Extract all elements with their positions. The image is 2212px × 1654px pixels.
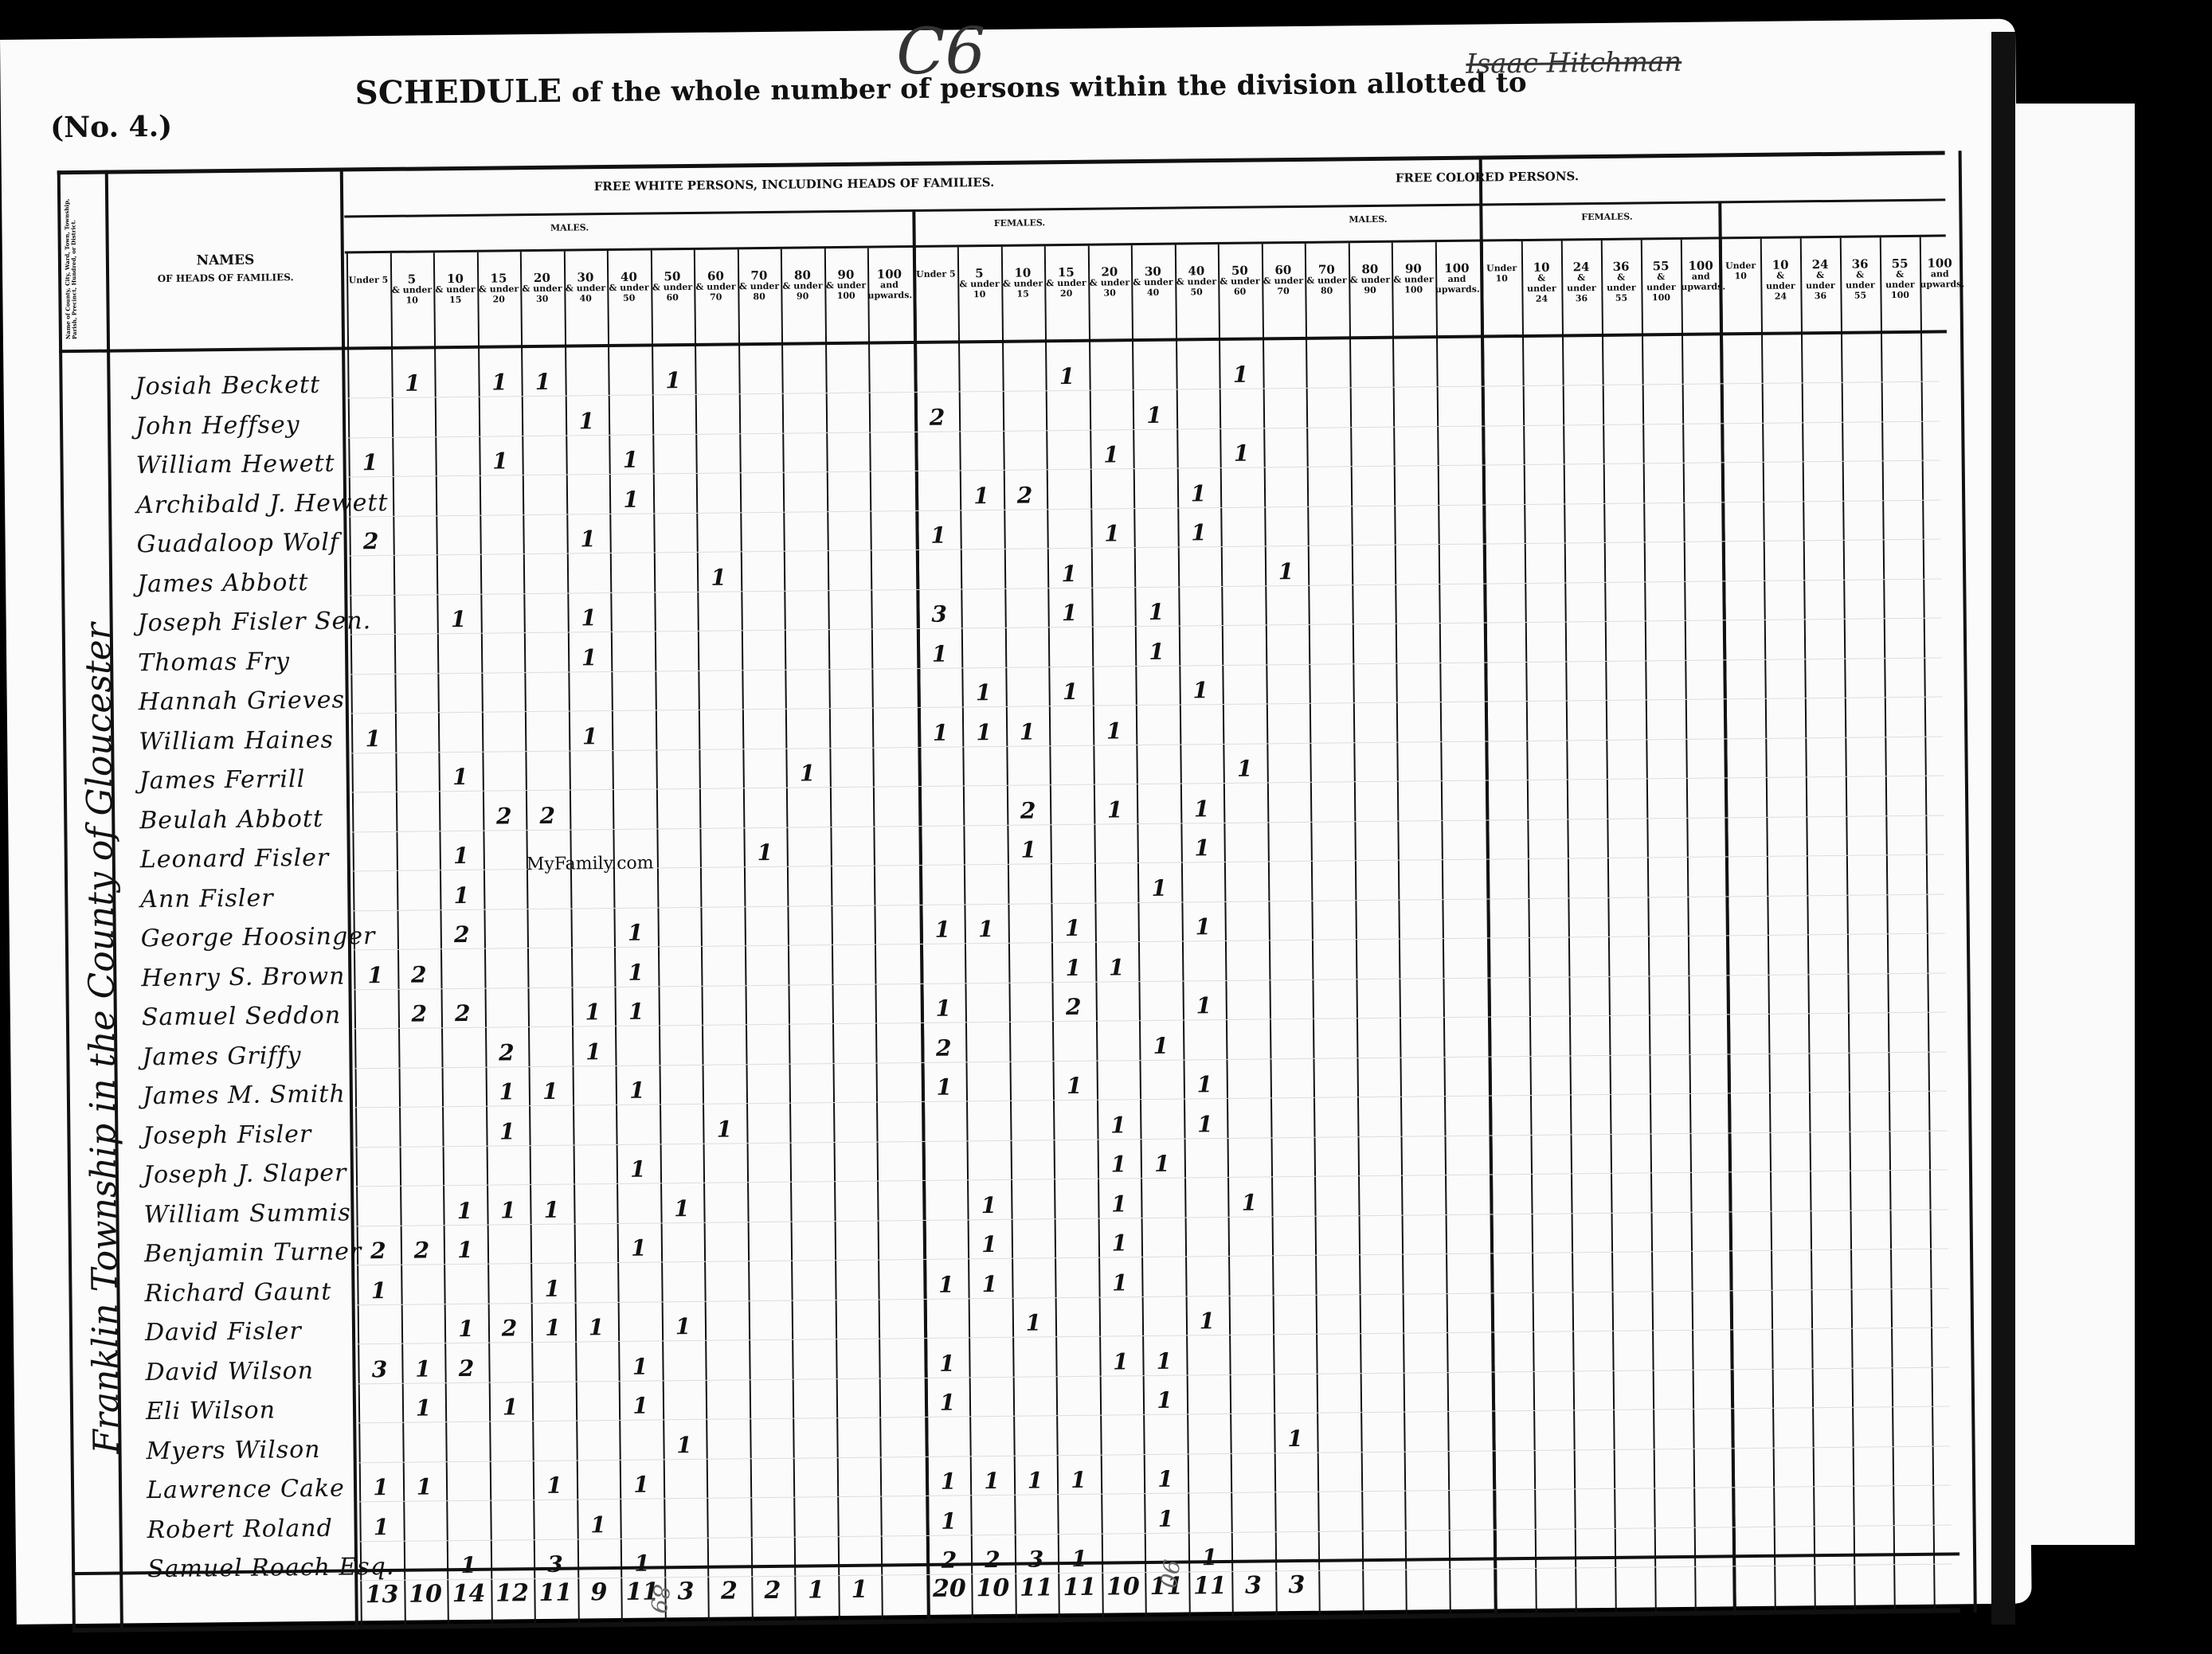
female-count: 1	[1264, 557, 1307, 585]
row-guideline	[355, 1209, 1948, 1226]
female-count: 1	[1223, 755, 1266, 782]
male-count: 1	[530, 1275, 574, 1302]
female-count: 1	[1144, 1465, 1187, 1492]
head-of-family-name: William Summis	[143, 1198, 351, 1229]
names-subheader: OF HEADS OF FAMILIES.	[110, 272, 341, 285]
male-count: 2	[444, 1355, 487, 1382]
male-count: 1	[486, 1118, 529, 1145]
age-from: 60	[694, 271, 738, 282]
female-total: 10	[1102, 1573, 1145, 1601]
age-column-header: 90& under 100	[824, 270, 868, 302]
female-count: 1	[917, 522, 960, 549]
age-from: 50	[651, 272, 695, 283]
head-of-family-name: Joseph J. Slaper	[143, 1159, 347, 1190]
age-range: & under 36	[1567, 272, 1596, 303]
age-range: & under 70	[695, 281, 735, 302]
age-range: & under 100	[826, 280, 866, 301]
age-column-header: 40& under 50	[607, 272, 651, 303]
female-total: 11	[1188, 1572, 1231, 1601]
female-total: 3	[1275, 1571, 1318, 1600]
age-column-header: 70& under 80	[1305, 264, 1349, 296]
male-count: 1	[609, 446, 652, 473]
female-count: 1	[1095, 954, 1138, 981]
row-guideline	[358, 1445, 1951, 1463]
female-count: 1	[1092, 718, 1135, 745]
female-count: 1	[1181, 913, 1224, 940]
colored-age-column-header: 100and upwards.	[1920, 258, 1959, 290]
female-count: 1	[1180, 835, 1223, 862]
free-colored-header: FREE COLORED PERSONS.	[1248, 167, 1726, 186]
head-of-family-name: Lawrence Cake	[147, 1475, 345, 1505]
age-header-rule	[345, 234, 1946, 253]
age-from: 10	[433, 274, 477, 285]
female-count: 1	[1274, 1425, 1317, 1452]
title-prefix: SCHEDULE	[354, 72, 562, 112]
age-range: & under 80	[1306, 275, 1346, 295]
male-total: 13	[360, 1581, 403, 1609]
male-count: 1	[609, 486, 652, 513]
age-range: & under 55	[1846, 270, 1875, 301]
male-count: 1	[401, 1355, 444, 1382]
female-count: 1	[1090, 520, 1133, 547]
age-range: & under 60	[652, 282, 692, 303]
binding-gutter	[1991, 32, 2015, 1625]
age-column-header: 30& under 40	[1131, 267, 1175, 299]
female-count: 1	[1179, 677, 1222, 704]
male-count: 1	[401, 1394, 444, 1421]
head-of-family-name: Archibald J. Hewett	[136, 488, 389, 518]
row-guideline	[354, 1090, 1947, 1108]
head-of-family-name: Joseph Fisler Sen.	[137, 607, 371, 637]
male-count: 1	[354, 961, 397, 988]
head-of-family-name: Hannah Grieves	[139, 686, 346, 717]
female-count: 1	[1143, 1387, 1186, 1414]
age-range: & under 100	[1393, 274, 1433, 295]
age-from: 24	[1800, 260, 1840, 271]
title-rest: of the whole number of persons within th…	[571, 67, 1527, 109]
colored-age-column-header: Under 10	[1482, 263, 1521, 284]
male-count: 1	[533, 1472, 576, 1500]
row-guideline	[356, 1288, 1949, 1305]
female-count: 1	[970, 1468, 1013, 1495]
age-from: 100	[867, 269, 911, 280]
adjacent-page	[2015, 104, 2135, 1545]
age-from: 100	[1920, 258, 1959, 269]
female-count: 1	[967, 1191, 1010, 1218]
female-count: 1	[1098, 1230, 1141, 1257]
age-range: & under 10	[392, 284, 432, 305]
age-from: 30	[564, 272, 608, 283]
male-count: 3	[358, 1355, 401, 1382]
age-from: 70	[1305, 264, 1349, 276]
head-of-family-name: Samuel Roach Esq.	[147, 1553, 395, 1583]
age-from: 90	[824, 270, 868, 281]
female-count: 2	[1003, 482, 1046, 509]
age-from: 70	[738, 271, 781, 282]
age-column-header: 80& under 90	[1349, 264, 1392, 296]
male-count: 2	[440, 921, 484, 948]
age-column-header: Under 5	[346, 275, 390, 286]
female-count: 1	[1012, 1309, 1055, 1336]
age-from: 10	[1001, 268, 1045, 279]
female-count: 1	[1007, 836, 1050, 863]
age-from: 24	[1561, 262, 1601, 273]
names-header: NAMES	[110, 252, 341, 270]
colored-females-header: FEMALES.	[1487, 210, 1726, 223]
age-range: & under 30	[1090, 277, 1129, 298]
age-range: and upwards.	[1435, 274, 1480, 295]
age-column-header: Under 5	[914, 268, 958, 280]
male-count: 1	[743, 839, 786, 866]
head-of-family-name: James Abbott	[137, 568, 309, 597]
age-column-header: 90& under 100	[1392, 264, 1435, 295]
age-range: & under 40	[566, 283, 605, 303]
head-of-family-name: James M. Smith	[143, 1081, 346, 1111]
male-total: 2	[707, 1577, 750, 1605]
male-count: 1	[697, 564, 740, 591]
colored-age-column-header: Under 10	[1721, 260, 1760, 282]
age-column-header: 20& under 30	[1088, 267, 1132, 299]
head-of-family-name: William Haines	[139, 725, 334, 756]
page-number-right: 90	[1154, 1558, 1184, 1590]
location-column-header: Name of County, City, Ward, Town, Townsh…	[64, 180, 100, 339]
female-count: 1	[1184, 1110, 1227, 1137]
female-count: 1	[1098, 1191, 1141, 1218]
male-count: 1	[348, 449, 391, 476]
female-count: 1	[1142, 1347, 1185, 1374]
male-count: 1	[577, 1511, 620, 1538]
census-page: C6 (No. 4.) SCHEDULE of the whole number…	[0, 19, 2032, 1625]
age-from: 20	[520, 273, 564, 284]
male-count: 1	[444, 1237, 487, 1264]
female-count: 2	[1052, 994, 1095, 1021]
female-count: 1	[926, 1389, 969, 1416]
male-count: 1	[786, 760, 829, 787]
white-females-header: FEMALES.	[794, 216, 1244, 231]
female-count: 1	[1098, 1269, 1141, 1296]
male-count: 1	[660, 1195, 703, 1222]
female-total: 3	[1231, 1571, 1274, 1600]
male-count: 1	[619, 1392, 662, 1419]
male-count: 1	[351, 725, 394, 752]
age-range: & under 50	[1176, 276, 1216, 297]
age-from: 90	[1392, 264, 1435, 275]
male-count: 1	[617, 1155, 660, 1183]
female-total: 11	[1058, 1574, 1101, 1602]
head-of-family-name: Myers Wilson	[146, 1435, 320, 1464]
male-count: 2	[487, 1315, 530, 1342]
male-count: 2	[526, 802, 569, 829]
row-guideline	[355, 1248, 1948, 1265]
colored-age-column-header: 24& under 36	[1561, 262, 1602, 304]
row-guideline	[352, 933, 1945, 950]
age-column-header: 50& under 60	[651, 272, 695, 303]
age-range: Under 5	[916, 268, 956, 280]
male-count: 1	[614, 919, 657, 946]
male-count: 1	[402, 1473, 445, 1500]
age-range: Under 10	[1725, 260, 1756, 281]
age-from: 60	[1262, 265, 1306, 276]
female-count: 1	[1141, 1151, 1184, 1178]
head-of-family-name: Thomas Fry	[138, 647, 290, 677]
female-count: 1	[1227, 1189, 1270, 1216]
right-border	[1959, 151, 1977, 1613]
female-count: 1	[1183, 1071, 1226, 1098]
age-range: & under 15	[435, 284, 475, 305]
form-number: (No. 4.)	[50, 110, 172, 145]
age-range: & under 24	[1766, 271, 1795, 302]
row-guideline	[350, 776, 1944, 793]
male-count: 2	[349, 528, 392, 555]
age-column-header: 15& under 20	[477, 273, 521, 305]
page-number-left: 89	[644, 1583, 675, 1616]
female-count: 1	[1188, 1544, 1231, 1571]
age-range: & under 80	[739, 281, 779, 302]
age-column-header: 60& under 70	[694, 271, 738, 303]
age-column-header: 5& under 10	[957, 268, 1001, 300]
female-count: 3	[1014, 1546, 1057, 1573]
age-from: 5	[390, 274, 434, 285]
age-range: & under 20	[479, 283, 519, 304]
age-column-header: 100and upwards.	[1435, 264, 1479, 295]
female-count: 1	[1048, 678, 1091, 706]
male-count: 1	[663, 1431, 706, 1458]
female-total: 10	[971, 1574, 1014, 1603]
female-count: 1	[1099, 1348, 1142, 1375]
free-white-header: FREE WHITE PERSONS, INCLUDING HEADS OF F…	[344, 173, 1244, 197]
male-count: 2	[483, 803, 526, 830]
male-total: 10	[404, 1580, 447, 1609]
male-count: 1	[444, 1316, 487, 1343]
male-count: 1	[614, 959, 657, 986]
male-count: 1	[617, 1234, 660, 1261]
row-guideline	[347, 460, 1940, 478]
male-total: 2	[751, 1577, 794, 1605]
age-from: 10	[1521, 262, 1561, 273]
female-count: 3	[918, 600, 961, 628]
female-count: 1	[926, 1468, 969, 1495]
female-count: 2	[971, 1546, 1014, 1574]
age-range: & under 60	[1220, 276, 1259, 296]
female-count: 1	[919, 719, 962, 746]
female-count: 1	[1047, 600, 1090, 627]
male-count: 1	[565, 408, 608, 435]
male-count: 1	[616, 1077, 659, 1104]
male-count: 2	[397, 1000, 440, 1027]
male-count: 1	[618, 1353, 661, 1380]
row-guideline	[346, 381, 1940, 399]
male-count: 1	[443, 1197, 486, 1224]
female-count: 1	[1182, 992, 1225, 1019]
head-of-family-name: Ann Fisler	[140, 884, 274, 913]
male-count: 1	[652, 367, 695, 394]
female-count: 1	[926, 1350, 969, 1377]
head-of-family-name: David Wilson	[145, 1356, 314, 1386]
male-total: 1	[794, 1576, 837, 1605]
male-count: 1	[621, 1550, 664, 1577]
male-count: 1	[359, 1513, 402, 1540]
age-column-header: 70& under 80	[738, 271, 781, 303]
age-from: 80	[781, 270, 824, 281]
male-count: 2	[357, 1238, 400, 1265]
male-count: 1	[391, 370, 434, 397]
male-total: 14	[447, 1580, 490, 1609]
head-of-family-name: Joseph Fisler	[143, 1120, 311, 1149]
head-of-family-name: James Ferrill	[139, 765, 306, 795]
age-range: and upwards.	[867, 280, 912, 300]
colored-males-females-divider	[1718, 202, 1736, 1615]
male-count: 1	[478, 369, 521, 396]
male-total: 12	[491, 1579, 534, 1608]
female-count: 2	[922, 1034, 965, 1062]
female-count: 1	[1013, 1467, 1056, 1494]
female-count: 1	[968, 1231, 1011, 1258]
age-from: 15	[477, 273, 521, 284]
female-count: 1	[962, 718, 1005, 745]
head-of-family-name: Samuel Seddon	[142, 1002, 342, 1032]
female-count: 1	[1139, 1032, 1182, 1059]
age-from: 55	[1880, 259, 1920, 270]
colored-age-column-header: 100and upwards.	[1681, 260, 1721, 292]
age-from: 80	[1349, 264, 1392, 276]
female-count: 1	[1137, 874, 1180, 901]
female-count: 1	[1134, 599, 1177, 626]
row-guideline	[347, 499, 1940, 517]
male-count: 1	[440, 843, 483, 870]
female-count: 1	[921, 916, 964, 943]
male-count: 3	[534, 1551, 577, 1578]
male-count: 1	[567, 604, 610, 631]
head-of-family-name: Guadaloop Wolf	[136, 529, 339, 559]
female-count: 2	[915, 404, 958, 431]
scan-edge	[2143, 0, 2212, 1654]
female-count: 1	[1047, 560, 1090, 587]
age-range: & under 50	[609, 282, 648, 303]
head-of-family-name: Beulah Abbott	[139, 804, 323, 834]
female-count: 1	[1185, 1308, 1228, 1335]
female-count: 2	[1007, 797, 1050, 824]
age-column-header: 10& under 15	[1001, 268, 1045, 299]
head-of-family-name: James Griffy	[142, 1042, 301, 1071]
male-count: 1	[567, 644, 610, 671]
female-count: 1	[1133, 401, 1176, 428]
age-column-header: 20& under 30	[520, 273, 564, 305]
male-count: 1	[531, 1315, 574, 1342]
head-of-family-name: Leonard Fisler	[140, 844, 330, 874]
age-column-header: 10& under 15	[433, 274, 477, 306]
male-total: 11	[534, 1579, 577, 1608]
age-column-header: 60& under 70	[1262, 265, 1306, 297]
male-count: 1	[440, 882, 483, 909]
male-count: 2	[441, 1000, 484, 1027]
age-range: & under 30	[522, 283, 562, 304]
colored-males-header: MALES.	[1248, 213, 1487, 225]
age-column-header: 15& under 20	[1044, 268, 1088, 299]
colored-age-column-header: 55& under 100	[1880, 259, 1920, 301]
age-range: & under 15	[1003, 278, 1043, 299]
head-of-family-name: Josiah Beckett	[135, 371, 320, 401]
page-title: SCHEDULE of the whole number of persons …	[354, 62, 1527, 111]
age-from: 40	[607, 272, 651, 283]
female-count: 1	[1051, 915, 1094, 942]
age-column-header: 40& under 50	[1175, 266, 1219, 298]
male-count: 1	[615, 998, 658, 1025]
row-guideline	[348, 578, 1941, 596]
age-range: & under 70	[1263, 276, 1303, 296]
age-from: 20	[1088, 267, 1132, 278]
age-range: & under 100	[1885, 269, 1915, 300]
female-count: 2	[927, 1546, 970, 1574]
female-count: 1	[1045, 363, 1088, 390]
age-from: 36	[1840, 259, 1880, 270]
female-count: 1	[1097, 1151, 1140, 1178]
male-count: 1	[571, 999, 614, 1026]
female-count: 1	[1219, 361, 1262, 388]
male-count: 1	[485, 1078, 528, 1105]
female-count: 1	[922, 995, 965, 1022]
male-count: 1	[488, 1394, 531, 1421]
township-label: Franklin Township in the County of Glouc…	[76, 488, 128, 1587]
left-border	[57, 170, 76, 1632]
female-count: 1	[922, 1073, 965, 1101]
age-range: Under 10	[1486, 263, 1517, 283]
colored-age-column-header: 10& under 24	[1760, 260, 1801, 302]
age-range: & under 36	[1806, 270, 1835, 301]
age-column-header: 5& under 10	[390, 274, 434, 306]
row-guideline	[350, 815, 1944, 832]
age-range: & under 40	[1133, 277, 1173, 298]
male-count: 1	[566, 526, 609, 553]
male-count: 1	[569, 723, 612, 750]
female-count: 1	[925, 1271, 968, 1298]
colored-age-column-header: 36& under 55	[1840, 259, 1881, 301]
head-of-family-name: Henry S. Brown	[141, 962, 345, 992]
colored-age-column-header: 24& under 36	[1800, 260, 1841, 302]
age-from: 100	[1681, 260, 1721, 272]
age-from: 55	[1641, 261, 1681, 272]
age-range: & under 10	[959, 279, 999, 299]
age-range: & under 24	[1527, 273, 1556, 304]
female-count: 1	[1220, 440, 1263, 467]
female-count: 1	[960, 482, 1003, 509]
age-column-header: 100and upwards.	[867, 269, 911, 301]
age-range: and upwards.	[1920, 268, 1964, 289]
head-of-family-name: David Fisler	[145, 1317, 302, 1347]
female-count: 1	[1176, 479, 1220, 506]
female-count: 1	[1144, 1505, 1187, 1532]
colored-age-column-header: 55& under 100	[1641, 261, 1682, 303]
female-count: 1	[961, 679, 1004, 706]
census-table: Name of County, City, Ward, Town, Townsh…	[57, 151, 1960, 1636]
age-range: & under 90	[782, 280, 822, 301]
head-of-family-name: Eli Wilson	[146, 1396, 276, 1425]
male-count: 1	[529, 1078, 572, 1105]
row-guideline	[353, 972, 1946, 990]
age-range: Under 5	[349, 275, 389, 286]
male-count: 1	[521, 369, 564, 396]
row-guideline	[350, 697, 1943, 714]
age-from: 5	[957, 268, 1001, 280]
age-from: 10	[1760, 260, 1800, 271]
white-males-header: MALES.	[344, 221, 794, 236]
male-count: 2	[485, 1039, 528, 1066]
female-total: 20	[928, 1574, 971, 1603]
male-count: 1	[620, 1471, 663, 1498]
male-count: 1	[530, 1196, 573, 1223]
female-count: 1	[1135, 638, 1178, 665]
head-of-family-name: William Hewett	[135, 450, 335, 480]
age-from: 100	[1435, 264, 1479, 275]
